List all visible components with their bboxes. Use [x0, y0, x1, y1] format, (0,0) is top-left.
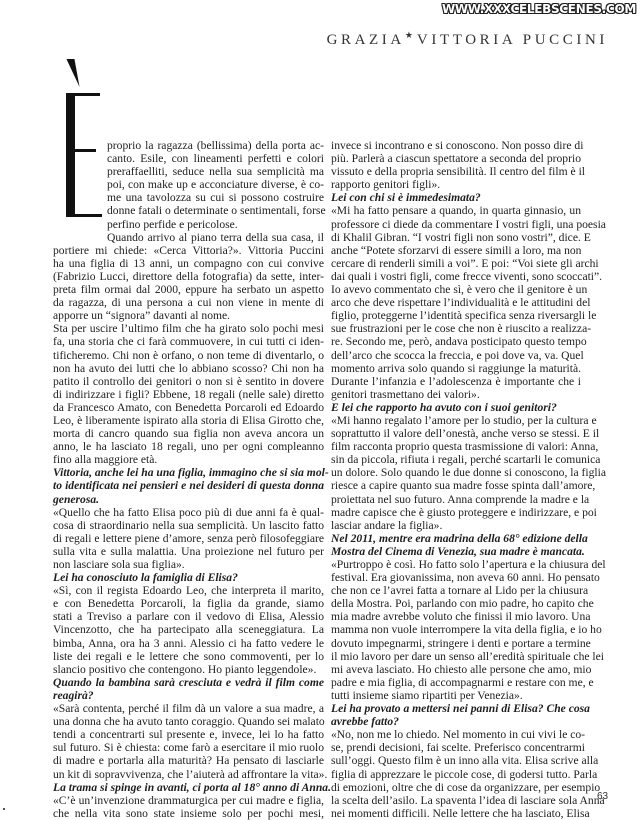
text-line: il mio lavoro per dare un senso all’ered… — [331, 650, 581, 663]
text-line: ha una figlia di 13 anni, un compagno co… — [53, 257, 324, 270]
text-line: sulla vita e sulla malattia. Una proiezi… — [53, 545, 324, 558]
text-line: avrebbe fatto? — [331, 715, 581, 728]
text-line: canto. Esile, con lineamenti perfetti e … — [53, 152, 324, 165]
text-line: se, prendi decisioni, fai scelte. Prefer… — [331, 741, 581, 754]
text-line: proprio la ragazza (bellissima) della po… — [53, 139, 324, 152]
text-line: riesce a capire quanto sua madre fosse s… — [331, 479, 581, 492]
interview-question: Lei ha provato a mettersi nei panni di E… — [331, 702, 581, 728]
text-line: stati a Treviso a parlare con il vedovo … — [53, 610, 324, 623]
text-line: poi, con make up e acconciature diverse,… — [53, 178, 324, 191]
text-line: dell’arco che scocca la freccia, e poi d… — [331, 349, 581, 362]
text-line: donne fatali o determinate o sentimental… — [53, 204, 324, 217]
text-line: Quando la bambina sarà cresciuta e vedrà… — [53, 676, 324, 689]
text-line: che nella vita sono state insieme solo p… — [53, 807, 324, 820]
text-line: non lasciare sola sua figlia». — [53, 558, 324, 571]
text-line: madre capisce che è giusto proteggere e … — [331, 506, 581, 519]
watermark: WWW.XXXCELEBSCENES.COM — [442, 2, 636, 16]
article-subject: VITTORIA PUCCINI — [417, 32, 608, 48]
text-line: sull’oggi. Questo film è un inno alla vi… — [331, 754, 581, 767]
interview-question: Lei ha conosciuto la famiglia di Elisa? — [53, 571, 324, 584]
interview-question: La trama si spinge in avanti, ci porta a… — [53, 781, 324, 794]
text-line: generosa. — [53, 493, 324, 506]
article-column-right: invece si incontrano e si conoscono. Non… — [331, 139, 581, 820]
text-line: più. Parlerà a ciascun spettatore a seco… — [331, 152, 581, 165]
text-line: sue frustrazioni per le cose che non è r… — [331, 322, 581, 335]
text-line: Vittoria, anche lei ha una figlia, immag… — [53, 466, 324, 479]
text-line: di regali e lettere piene d’amore, senza… — [53, 532, 324, 545]
text-line: Vincenzotto, che ha partecipato alla sce… — [53, 623, 324, 636]
text-line: rapporto genitori figli». — [331, 178, 581, 191]
text-line: arco che deve rispettare l’individualità… — [331, 296, 581, 309]
text-line: tendi a concentrarti sul presente e, inv… — [53, 728, 324, 741]
text-line: un dolore. Solo quando le due donne si c… — [331, 466, 581, 479]
text-line: lasciar andare la figlia». — [331, 519, 581, 532]
interview-answer: «Sì, con il regista Edoardo Leo, che int… — [53, 584, 324, 676]
text-line: professore ci diede da commentare I vost… — [331, 218, 581, 231]
interview-answer: «Purtroppo è così. Ho fatto solo l’apert… — [331, 558, 581, 702]
text-line: Lei ha conosciuto la famiglia di Elisa? — [53, 571, 324, 584]
text-line: momento arriva solo quando si raggiunge … — [331, 362, 581, 375]
text-line: tificheremo. Chi non è orfano, o non tem… — [53, 349, 324, 362]
interview-question: E lei che rapporto ha avuto con i suoi g… — [331, 401, 581, 414]
text-line: soprattutto il valore dell’onestà, anche… — [331, 427, 581, 440]
text-line: dovuto impegnarmi, stringere i denti e p… — [331, 637, 581, 650]
text-line: «Mi hanno regalato l’amore per lo studio… — [331, 414, 581, 427]
text-line: di Khalil Gibran. “I vostri figli non so… — [331, 231, 581, 244]
text-line: «Sì, con il regista Edoardo Leo, che int… — [53, 584, 324, 597]
body-paragraph: Sta per uscire l’ultimo film che ha gira… — [53, 322, 324, 466]
text-line: portiere mi chiede: «Cerca Vittoria?». V… — [53, 244, 324, 257]
text-line: me una tavolozza su cui si possono costr… — [53, 191, 324, 204]
text-line: «Quello che ha fatto Elisa poco più di d… — [53, 506, 324, 519]
text-line: di madre e portarla alla maturità? Ha pe… — [53, 754, 324, 767]
text-line: to identificata nei pensieri e nei desid… — [53, 479, 324, 492]
text-line: che non ce l’avrei fatta a tornare al Li… — [331, 584, 581, 597]
text-line: della Mostra. Poi, parlando con mio padr… — [331, 597, 581, 610]
text-line: Durante l’infanzia e l’adolescenza è imp… — [331, 375, 581, 388]
text-line: E lei che rapporto ha avuto con i suoi g… — [331, 401, 581, 414]
text-line: Quando arrivo al piano terra della sua c… — [53, 231, 324, 244]
text-line: fa, una storia che ci farà commuovere, i… — [53, 335, 324, 348]
text-line: nei momenti difficili. Nelle lettere che… — [331, 807, 581, 820]
interview-answer: «Mi hanno regalato l’amore per lo studio… — [331, 414, 581, 532]
text-line: figlio, proteggerne l’identità specifica… — [331, 309, 581, 322]
interview-question: Quando la bambina sarà cresciuta e vedrà… — [53, 676, 324, 702]
text-line: fino alla maggiore età. — [53, 453, 324, 466]
text-line: preta film ormai dal 2000, eppure ha ser… — [53, 283, 324, 296]
article-column-left: proprio la ragazza (bellissima) della po… — [53, 139, 324, 820]
text-line: mamma non vuole interrompere la vita del… — [331, 623, 581, 636]
magazine-name: GRAZIA — [327, 32, 405, 48]
text-line: vissuto e della propria sensibilità. Il … — [331, 165, 581, 178]
text-line: morta di cancro quando sua figlia non av… — [53, 427, 324, 440]
text-line: di indirizzare i figli? Ebbene, 18 regal… — [53, 388, 324, 401]
text-line: proiettata nel suo futuro. Anna comprend… — [331, 493, 581, 506]
text-line: una donna che ha avuto tanto coraggio. Q… — [53, 715, 324, 728]
text-line: «Mi ha fatto pensare a quando, in quarta… — [331, 204, 581, 217]
text-line: anche “Potete sforzarvi di essere simili… — [331, 244, 581, 257]
text-line: Lei con chi si è immedesimata? — [331, 191, 581, 204]
text-line: re. Secondo me, però, andava posticipato… — [331, 335, 581, 348]
text-line: Io avevo commentato che sì, è vero che i… — [331, 283, 581, 296]
text-line: un kit di sopravvivenza, che l’aiuterà a… — [53, 768, 324, 781]
text-line: di emozioni, oltre che di cose da organi… — [331, 781, 581, 794]
text-line: «Sarà contenta, perché il film dà un val… — [53, 702, 324, 715]
text-line: Nel 2011, mentre era madrina della 68° e… — [331, 532, 581, 545]
text-line: festival. Era giovanissima, non aveva 60… — [331, 571, 581, 584]
text-line: «No, non me lo chiedo. Nel momento in cu… — [331, 728, 581, 741]
text-line: «C’è un’invenzione drammaturgica per cui… — [53, 794, 324, 807]
text-line: invece si incontrano e si conoscono. Non… — [331, 139, 581, 152]
interview-answer-continued: invece si incontrano e si conoscono. Non… — [331, 139, 581, 191]
text-line: non ha avuto dei lutti che lo abbiano sc… — [53, 362, 324, 375]
text-line: mia madre avrebbe voluto che finissi il … — [331, 610, 581, 623]
text-line: la scelta dell’asilo. La spaventa l’idea… — [331, 794, 581, 807]
interview-question: Vittoria, anche lei ha una figlia, immag… — [53, 466, 324, 505]
text-line: cosa di straordinario nella sua semplici… — [53, 519, 324, 532]
text-line: tutti insieme siamo ripartiti per Venezi… — [331, 689, 581, 702]
text-line: da ragazza, di una persona a cui non vie… — [53, 296, 324, 309]
text-line: Lei ha provato a mettersi nei panni di E… — [331, 702, 581, 715]
text-line: liste dei regali e le lettere che sono c… — [53, 650, 324, 663]
star-icon: ★ — [405, 30, 413, 40]
interview-answer: «Mi ha fatto pensare a quando, in quarta… — [331, 204, 581, 400]
running-head: GRAZIA★VITTORIA PUCCINI — [327, 30, 608, 49]
interview-answer: «C’è un’invenzione drammaturgica per cui… — [53, 794, 324, 820]
interview-answer: «No, non me lo chiedo. Nel momento in cu… — [331, 728, 581, 820]
text-line: (Fabrizio Lucci, direttore della fotogra… — [53, 270, 324, 283]
interview-question: Lei con chi si è immedesimata? — [331, 191, 581, 204]
text-line: cercare di renderli simili a voi”. E poi… — [331, 257, 581, 270]
text-line: La trama si spinge in avanti, ci porta a… — [53, 781, 324, 794]
text-line: da Francesco Amato, con Benedetta Porcar… — [53, 401, 324, 414]
text-line: reagirà? — [53, 689, 324, 702]
dropcap-grave-accent-icon — [66, 59, 83, 87]
text-line: Sta per uscire l’ultimo film che ha gira… — [53, 322, 324, 335]
text-line: patito il controllo dei genitori o non s… — [53, 375, 324, 388]
text-line: e con Benedetta Porcaroli, la figlia da … — [53, 597, 324, 610]
scan-speck — [3, 808, 5, 810]
text-line: Mostra del Cinema di Venezia, sua madre … — [331, 545, 581, 558]
text-line: «Purtroppo è così. Ho fatto solo l’apert… — [331, 558, 581, 571]
text-line: preraffaelliti, seduce nella sua semplic… — [53, 165, 324, 178]
text-line: figlia di apprezzare le piccole cose, di… — [331, 768, 581, 781]
intro-paragraph: proprio la ragazza (bellissima) della po… — [53, 139, 324, 231]
text-line: padre e mia figlia, di accompagnarmi e r… — [331, 676, 581, 689]
text-line: film racconta proprio questa trasmission… — [331, 440, 581, 453]
text-line: dai quali i vostri figli, come frecce vi… — [331, 270, 581, 283]
text-line: perfino perfide e pericolose. — [53, 218, 324, 231]
text-line: Leo, è liberamente ispirato alla storia … — [53, 414, 324, 427]
interview-answer: «Quello che ha fatto Elisa poco più di d… — [53, 506, 324, 571]
text-line: anno, le ha lasciato 18 regali, uno per … — [53, 440, 324, 453]
body-paragraph: Quando arrivo al piano terra della sua c… — [53, 231, 324, 323]
text-line: bimba, Anna, ora ha 3 anni. Alessio ci h… — [53, 637, 324, 650]
text-line: sul futuro. Si è chiesta: come farò a es… — [53, 741, 324, 754]
text-line: slancio positivo che contengono. Ho pian… — [53, 663, 324, 676]
interview-answer: «Sarà contenta, perché il film dà un val… — [53, 702, 324, 781]
interview-question: Nel 2011, mentre era madrina della 68° e… — [331, 532, 581, 558]
text-line: apporre un “signora” davanti al nome. — [53, 309, 324, 322]
text-line: genitori trasmettano dei valori». — [331, 388, 581, 401]
text-line: mi aveva lasciato. Ho chiesto alle perso… — [331, 663, 581, 676]
text-line: sin da piccola, rifiuta i regali, perché… — [331, 453, 581, 466]
page-number: 63 — [597, 791, 608, 802]
